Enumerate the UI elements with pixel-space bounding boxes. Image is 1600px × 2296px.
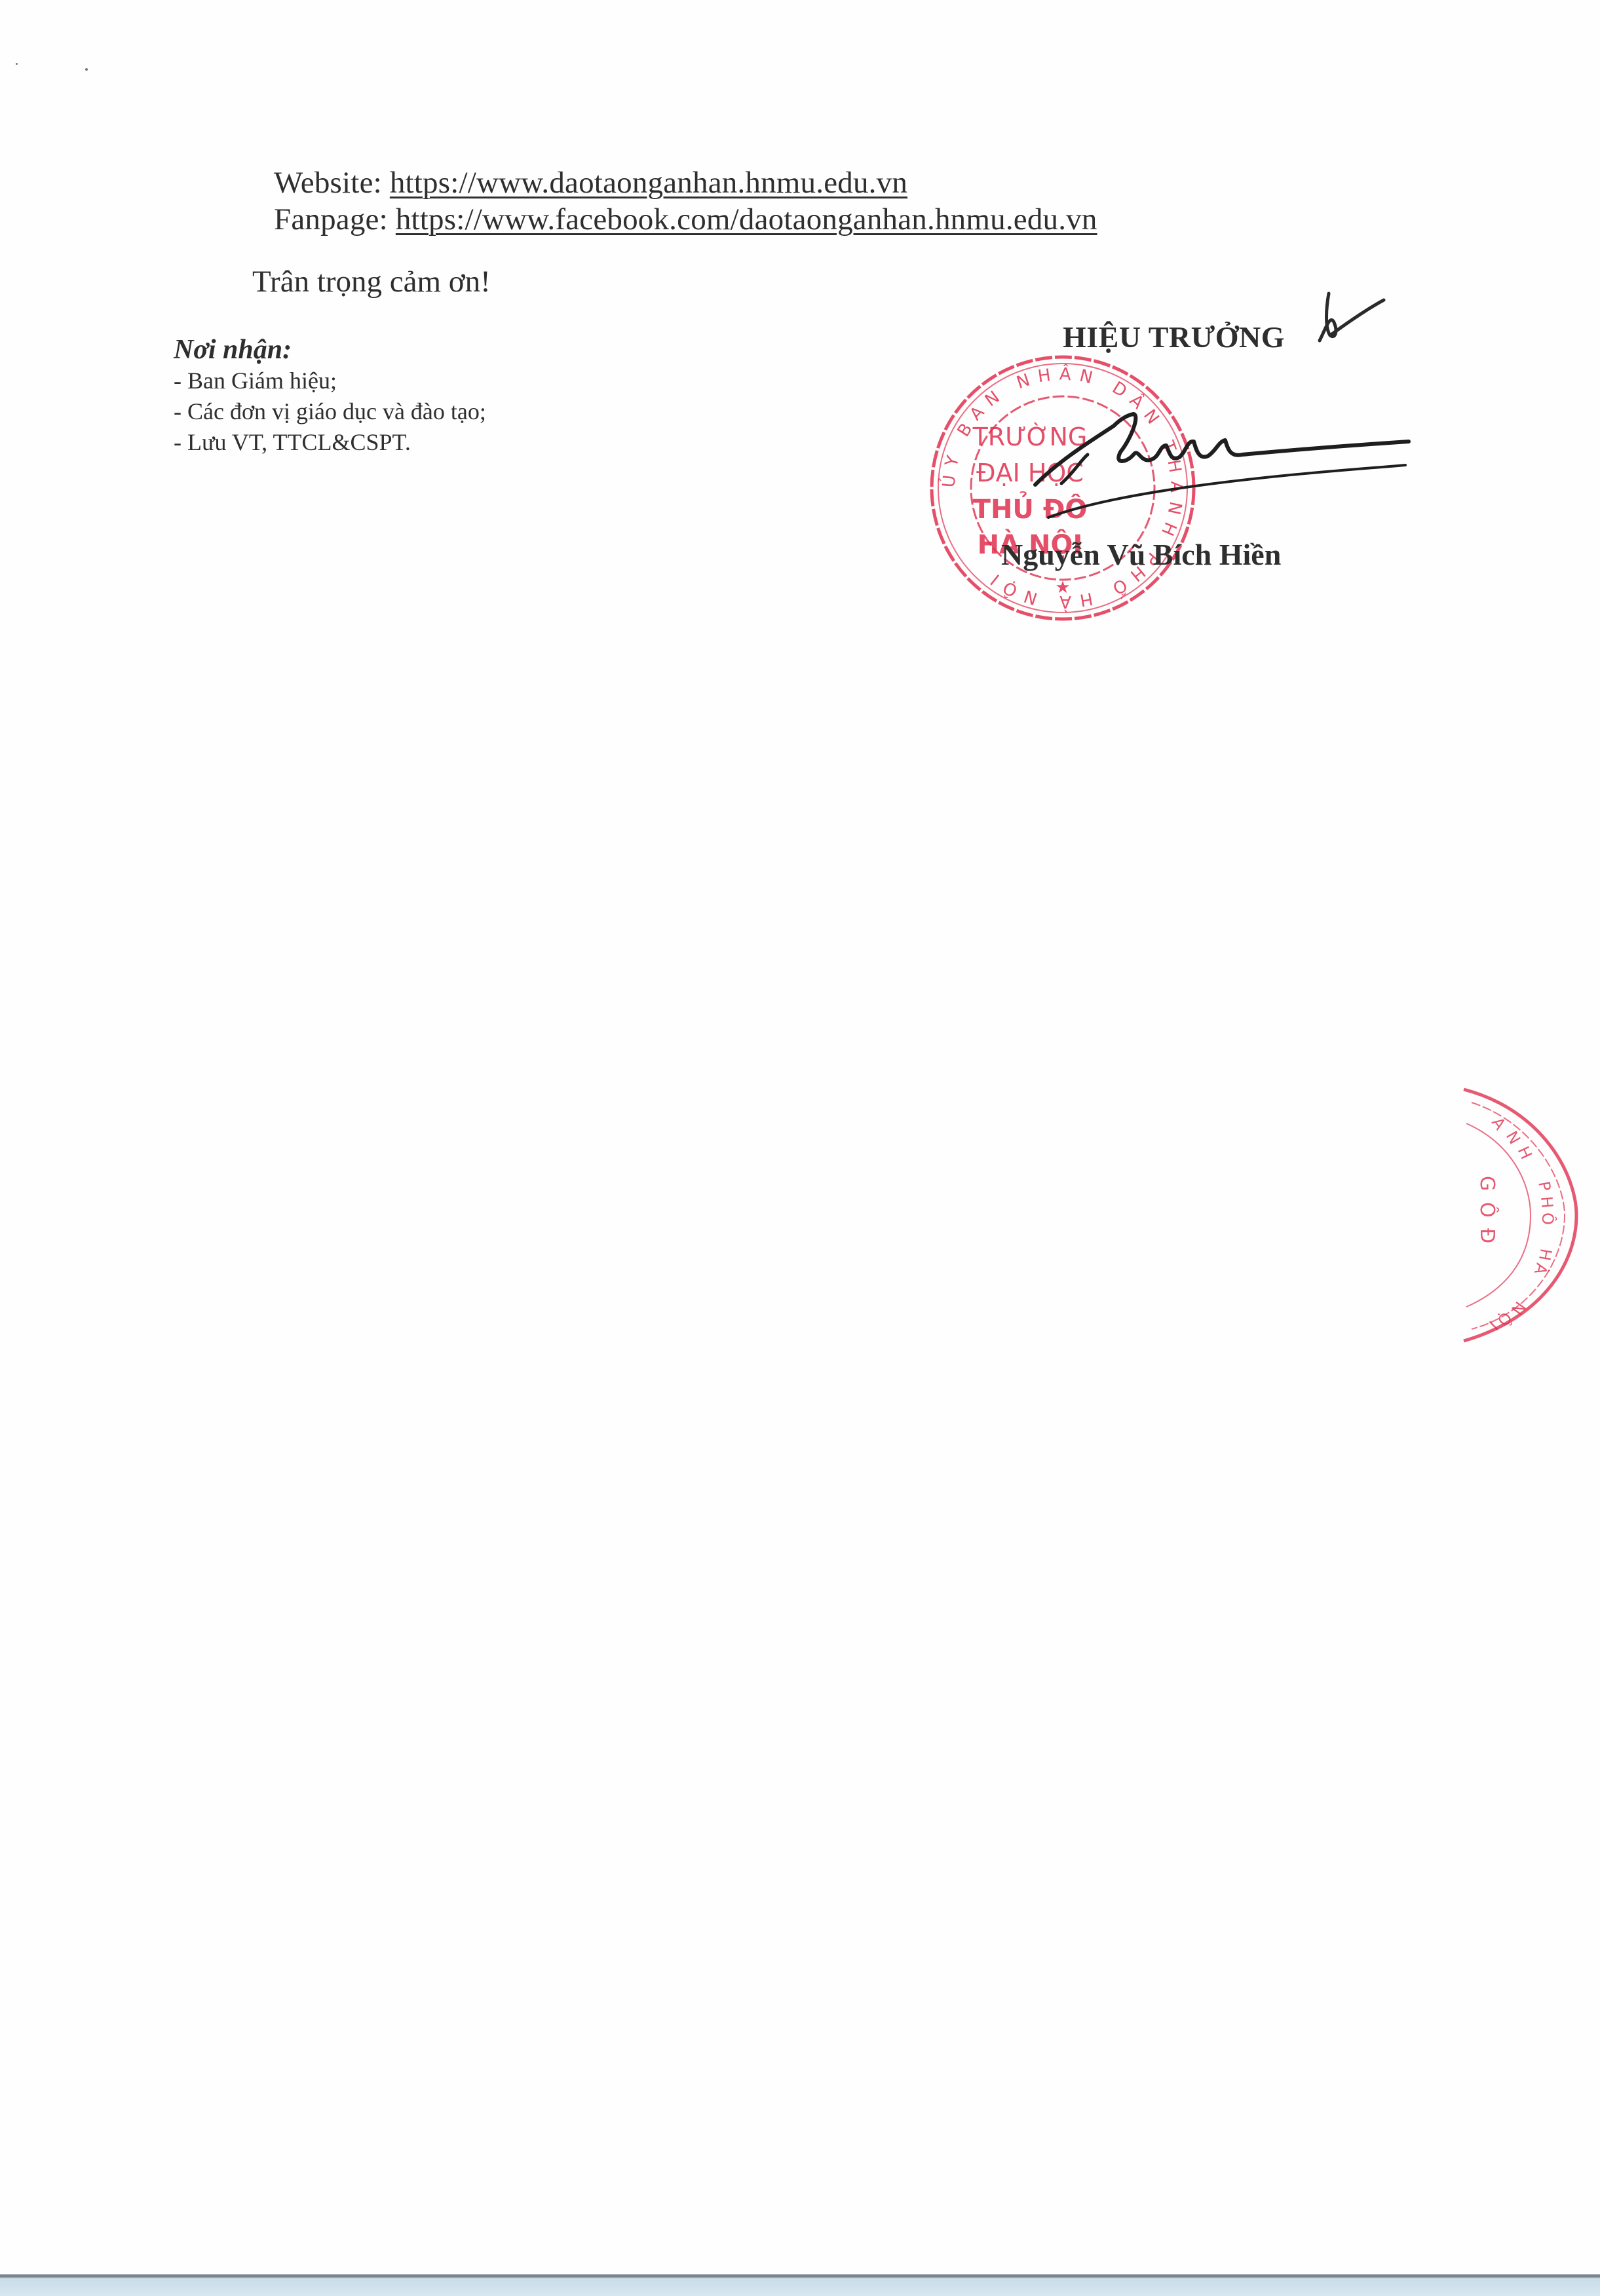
- fanpage-label: Fanpage:: [274, 202, 388, 236]
- fanpage-link[interactable]: https://www.facebook.com/daotaonganhan.h…: [396, 202, 1097, 236]
- recipient-item: - Các đơn vị giáo dục và đào tạo;: [174, 396, 486, 427]
- closing-text: Trân trọng cảm ơn!: [252, 264, 491, 299]
- svg-text:H: H: [1535, 1247, 1555, 1262]
- recipients-title: Nơi nhận:: [174, 334, 486, 366]
- recipients-block: Nơi nhận: - Ban Giám hiệu; - Các đơn vị …: [174, 334, 486, 458]
- svg-text:Ô: Ô: [1476, 1202, 1500, 1218]
- signature-title: HIỆU TRƯỞNG: [1063, 320, 1285, 354]
- svg-text:★: ★: [1055, 578, 1070, 597]
- svg-text:Đ: Đ: [1476, 1228, 1498, 1243]
- svg-text:A: A: [1488, 1114, 1510, 1133]
- recipient-item: - Lưu VT, TTCL&CSPT.: [174, 427, 486, 458]
- svg-text:G: G: [1476, 1176, 1498, 1191]
- svg-text:À: À: [1531, 1261, 1552, 1277]
- website-label: Website:: [274, 166, 382, 200]
- svg-text:N: N: [1502, 1128, 1524, 1148]
- website-line: Website: https://www.daotaonganhan.hnmu.…: [274, 165, 907, 200]
- scan-speck: [85, 68, 88, 71]
- fanpage-line: Fanpage: https://www.facebook.com/daotao…: [274, 202, 1097, 237]
- svg-text:H: H: [1514, 1144, 1536, 1162]
- seam-stamp-icon: A N H P H Ô H À N Ộ I G Ô Đ: [1465, 1084, 1600, 1346]
- svg-text:P: P: [1534, 1180, 1554, 1192]
- svg-text:H: H: [1537, 1195, 1556, 1209]
- svg-text:Ô: Ô: [1538, 1213, 1558, 1225]
- recipient-item: - Ban Giám hiệu;: [174, 366, 486, 396]
- svg-text:N: N: [1508, 1298, 1529, 1319]
- scan-speck: [16, 63, 18, 65]
- website-link[interactable]: https://www.daotaonganhan.hnmu.edu.vn: [390, 166, 907, 200]
- initial-mark-icon: [1310, 288, 1389, 360]
- scan-edge: [0, 2274, 1600, 2296]
- handwritten-signature-icon: [1022, 400, 1415, 524]
- signer-name: Nguyễn Vũ Bích Hiền: [1001, 537, 1281, 572]
